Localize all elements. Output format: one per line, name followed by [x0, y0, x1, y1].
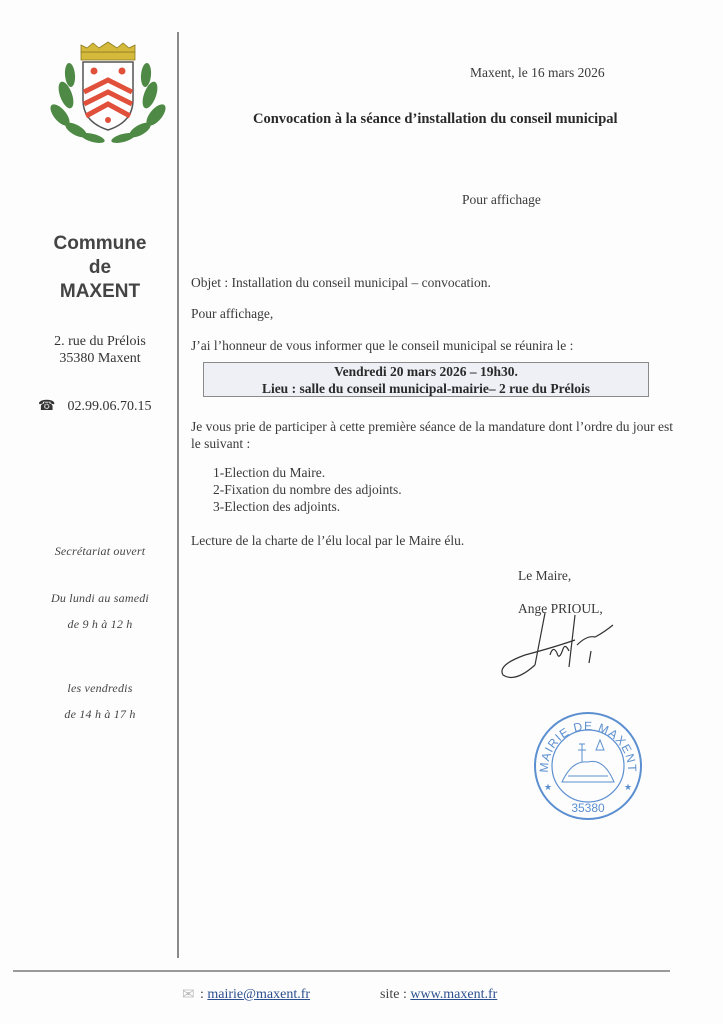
- mairie-stamp-icon: MAIRIE DE MAXENT ★ ★ 35380: [532, 710, 644, 822]
- letter-request: Je vous prie de participer à cette premi…: [191, 418, 681, 452]
- phone-row: ☎02.99.06.70.15: [38, 398, 151, 415]
- letter-date: Maxent, le 16 mars 2026: [470, 65, 605, 81]
- svg-text:★: ★: [624, 782, 632, 792]
- footer-email: : mairie@maxent.fr: [200, 987, 310, 1003]
- commune-name-line3: MAXENT: [20, 280, 180, 304]
- letter-title: Convocation à la séance d’installation d…: [253, 111, 618, 128]
- site-link[interactable]: www.maxent.fr: [410, 987, 497, 1002]
- letter-intro: J’ai l’honneur de vous informer que le c…: [191, 337, 573, 354]
- hours-title: Secrétariat ouvert: [20, 538, 180, 564]
- agenda-item: 1-Election du Maire.: [213, 464, 402, 481]
- agenda-item: 3-Election des adjoints.: [213, 498, 402, 515]
- site-label: site :: [380, 987, 410, 1002]
- hours-days: Du lundi au samedi: [20, 585, 180, 611]
- signature-icon: [495, 605, 625, 685]
- event-date: Vendredi 20 mars 2026 – 19h30.: [204, 364, 648, 381]
- hours-friday: les vendredis: [20, 675, 180, 701]
- sidebar-divider: [177, 32, 179, 958]
- hours-morning: de 9 h à 12 h: [20, 611, 180, 637]
- letter-reading: Lecture de la charte de l’élu local par …: [191, 532, 464, 549]
- commune-name-line2: de: [20, 256, 180, 280]
- telephone-icon: ☎: [38, 399, 55, 414]
- letter-subject: Objet : Installation du conseil municipa…: [191, 274, 491, 291]
- letter-salutation: Pour affichage,: [191, 305, 273, 322]
- footer-site: site : www.maxent.fr: [380, 987, 497, 1003]
- event-location: Lieu : salle du conseil municipal-mairie…: [204, 381, 648, 398]
- coat-of-arms-icon: [48, 40, 168, 145]
- mail-icon: ✉: [182, 985, 195, 1004]
- agenda-list: 1-Election du Maire. 2-Fixation du nombr…: [213, 464, 402, 515]
- svg-text:35380: 35380: [571, 801, 605, 815]
- address-street: 2. rue du Prélois: [20, 333, 180, 351]
- signoff: Le Maire,: [518, 568, 571, 584]
- footer-divider: [13, 970, 670, 972]
- event-box: Vendredi 20 mars 2026 – 19h30. Lieu : sa…: [203, 362, 649, 397]
- email-link[interactable]: mairie@maxent.fr: [207, 987, 310, 1002]
- posting-note: Pour affichage: [462, 192, 541, 208]
- svg-text:★: ★: [544, 782, 552, 792]
- commune-name-line1: Commune: [20, 232, 180, 256]
- agenda-item: 2-Fixation du nombre des adjoints.: [213, 481, 402, 498]
- address-city: 35380 Maxent: [20, 350, 180, 368]
- phone-number: 02.99.06.70.15: [67, 399, 151, 414]
- hours-friday-time: de 14 h à 17 h: [20, 701, 180, 727]
